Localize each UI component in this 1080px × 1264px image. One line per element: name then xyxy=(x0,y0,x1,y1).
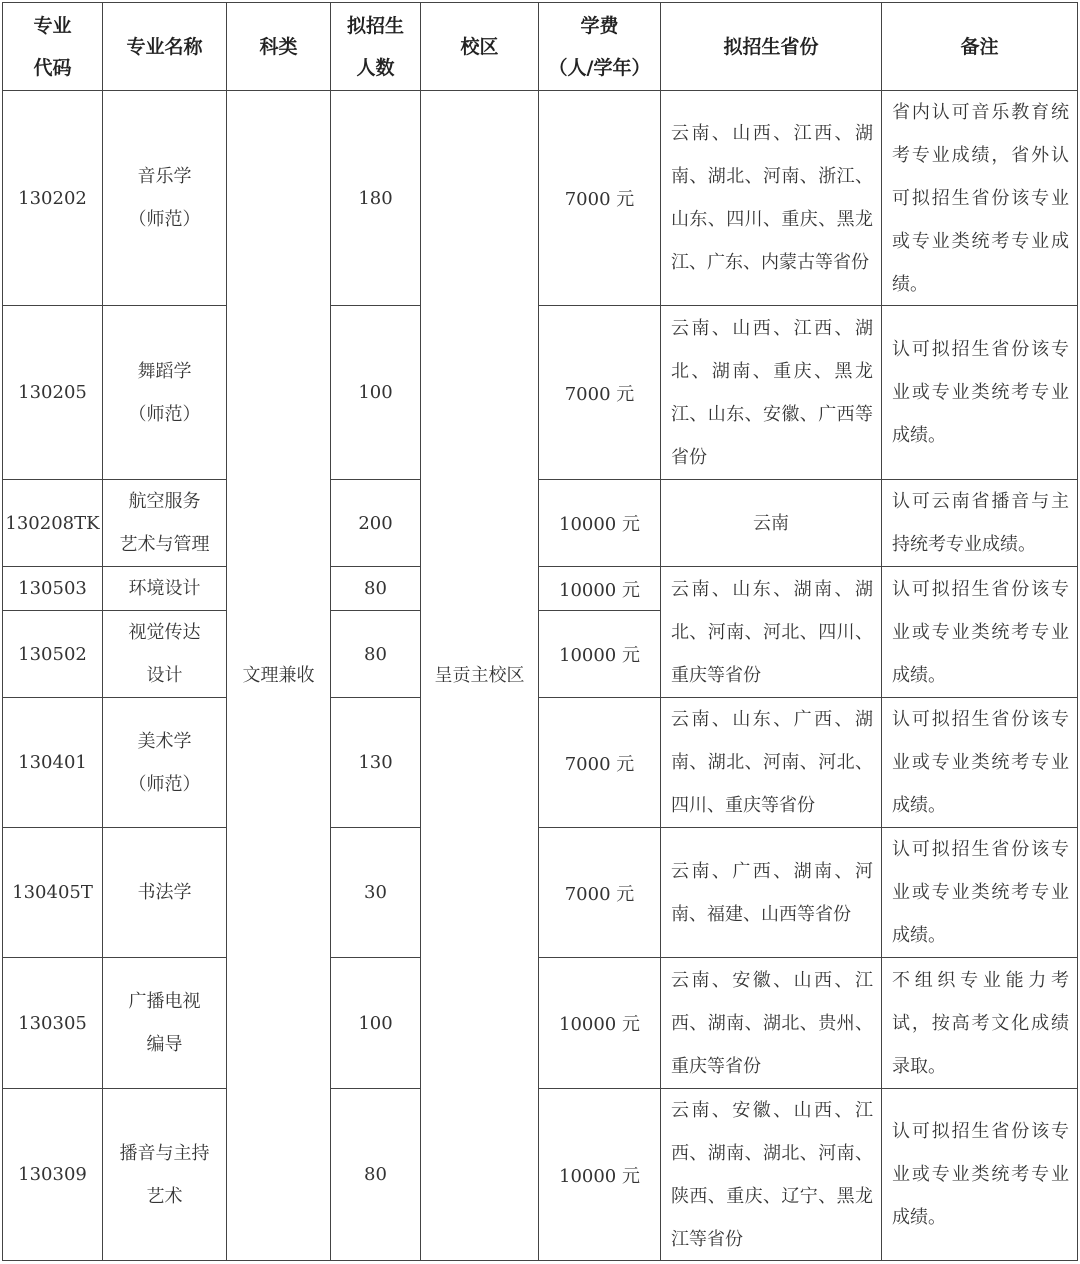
header-major-code: 专业 代码 xyxy=(2,2,103,91)
category-merged-cell: 文理兼收 xyxy=(226,90,331,1261)
row-1-notes: 认可拟招生省份该专业或专业类统考专业成绩。 xyxy=(881,305,1078,480)
header-tuition: 学费 （人/学年） xyxy=(538,2,661,91)
row-2-provinces: 云南 xyxy=(660,479,882,567)
row-7-name-line2: 编导 xyxy=(129,1023,201,1066)
row-0-tuition: 7000 元 xyxy=(538,90,661,306)
row-6-provinces: 云南、广西、湖南、河南、福建、山西等省份 xyxy=(660,827,882,958)
header-provinces: 拟招生省份 xyxy=(660,2,882,91)
row-8-notes: 认可拟招生省份该专业或专业类统考专业成绩。 xyxy=(881,1088,1078,1261)
row-1-quota: 100 xyxy=(330,305,421,480)
header-quota-line2: 人数 xyxy=(347,47,404,89)
row-3-name: 环境设计 xyxy=(102,566,227,611)
row-2-name-line2: 艺术与管理 xyxy=(120,523,210,566)
campus-merged-cell: 呈贡主校区 xyxy=(420,90,539,1261)
header-category: 科类 xyxy=(226,2,331,91)
row-7-name-line1: 广播电视 xyxy=(129,980,201,1023)
row-3-code: 130503 xyxy=(2,566,103,611)
row-2-quota: 200 xyxy=(330,479,421,567)
row-5-name-line2: （师范） xyxy=(129,763,201,806)
row-7-name: 广播电视 编导 xyxy=(102,957,227,1089)
row-1-name-line2: （师范） xyxy=(129,393,201,436)
row-4-quota: 80 xyxy=(330,610,421,698)
row-4-name: 视觉传达 设计 xyxy=(102,610,227,698)
row-5-quota: 130 xyxy=(330,697,421,828)
row-8-name-line2: 艺术 xyxy=(120,1175,210,1218)
row-4-name-line1: 视觉传达 xyxy=(129,611,201,654)
row-1-code: 130205 xyxy=(2,305,103,480)
row-2-name-line1: 航空服务 xyxy=(120,480,210,523)
row-4-code: 130502 xyxy=(2,610,103,698)
header-major-name: 专业名称 xyxy=(102,2,227,91)
row-6-notes: 认可拟招生省份该专业或专业类统考专业成绩。 xyxy=(881,827,1078,958)
header-tuition-line2: （人/学年） xyxy=(549,47,651,89)
row-8-name-line1: 播音与主持 xyxy=(120,1132,210,1175)
row-5-code: 130401 xyxy=(2,697,103,828)
row-7-provinces: 云南、安徽、山西、江西、湖南、湖北、贵州、重庆等省份 xyxy=(660,957,882,1089)
row-1-provinces: 云南、山西、江西、湖北、湖南、重庆、黑龙江、山东、安徽、广西等省份 xyxy=(660,305,882,480)
header-notes: 备注 xyxy=(881,2,1078,91)
row-7-notes: 不组织专业能力考试，按高考文化成绩录取。 xyxy=(881,957,1078,1089)
row-8-provinces: 云南、安徽、山西、江西、湖南、湖北、河南、陕西、重庆、辽宁、黑龙江等省份 xyxy=(660,1088,882,1261)
row-5-tuition: 7000 元 xyxy=(538,697,661,828)
row-4-name-line2: 设计 xyxy=(129,654,201,697)
row-0-provinces: 云南、山西、江西、湖南、湖北、河南、浙江、山东、四川、重庆、黑龙江、广东、内蒙古… xyxy=(660,90,882,306)
row-1-tuition: 7000 元 xyxy=(538,305,661,480)
row-0-code: 130202 xyxy=(2,90,103,306)
header-major-code-line1: 专业 xyxy=(33,5,71,47)
row-0-notes: 省内认可音乐教育统考专业成绩，省外认可拟招生省份该专业或专业类统考专业成绩。 xyxy=(881,90,1078,306)
row-2-notes: 认可云南省播音与主持统考专业成绩。 xyxy=(881,479,1078,567)
admissions-table: 专业 代码 专业名称 科类 拟招生 人数 校区 学费 （人/学年） 拟招生省份 … xyxy=(0,0,1080,1264)
row-5-notes: 认可拟招生省份该专业或专业类统考专业成绩。 xyxy=(881,697,1078,828)
row-8-quota: 80 xyxy=(330,1088,421,1261)
row-2-code: 130208TK xyxy=(2,479,103,567)
row-5-name-line1: 美术学 xyxy=(129,720,201,763)
row-6-tuition: 7000 元 xyxy=(538,827,661,958)
row-0-name: 音乐学 （师范） xyxy=(102,90,227,306)
design-group-provinces: 云南、山东、湖南、湖北、河南、河北、四川、重庆等省份 xyxy=(660,566,882,698)
row-5-provinces: 云南、山东、广西、湖南、湖北、河南、河北、四川、重庆等省份 xyxy=(660,697,882,828)
row-8-tuition: 10000 元 xyxy=(538,1088,661,1261)
row-1-name-line1: 舞蹈学 xyxy=(129,350,201,393)
header-quota-line1: 拟招生 xyxy=(347,5,404,47)
row-3-tuition: 10000 元 xyxy=(538,566,661,611)
row-0-name-line1: 音乐学 xyxy=(129,155,201,198)
header-major-code-line2: 代码 xyxy=(33,47,71,89)
row-2-name: 航空服务 艺术与管理 xyxy=(102,479,227,567)
row-7-tuition: 10000 元 xyxy=(538,957,661,1089)
row-0-name-line2: （师范） xyxy=(129,198,201,241)
row-4-tuition: 10000 元 xyxy=(538,610,661,698)
row-8-code: 130309 xyxy=(2,1088,103,1261)
row-0-quota: 180 xyxy=(330,90,421,306)
row-5-name: 美术学 （师范） xyxy=(102,697,227,828)
header-quota: 拟招生 人数 xyxy=(330,2,421,91)
row-8-name: 播音与主持 艺术 xyxy=(102,1088,227,1261)
row-1-name: 舞蹈学 （师范） xyxy=(102,305,227,480)
row-2-tuition: 10000 元 xyxy=(538,479,661,567)
row-3-quota: 80 xyxy=(330,566,421,611)
row-6-name: 书法学 xyxy=(102,827,227,958)
header-tuition-line1: 学费 xyxy=(549,5,651,47)
row-6-quota: 30 xyxy=(330,827,421,958)
header-campus: 校区 xyxy=(420,2,539,91)
design-group-notes: 认可拟招生省份该专业或专业类统考专业成绩。 xyxy=(881,566,1078,698)
row-7-quota: 100 xyxy=(330,957,421,1089)
row-6-code: 130405T xyxy=(2,827,103,958)
row-7-code: 130305 xyxy=(2,957,103,1089)
